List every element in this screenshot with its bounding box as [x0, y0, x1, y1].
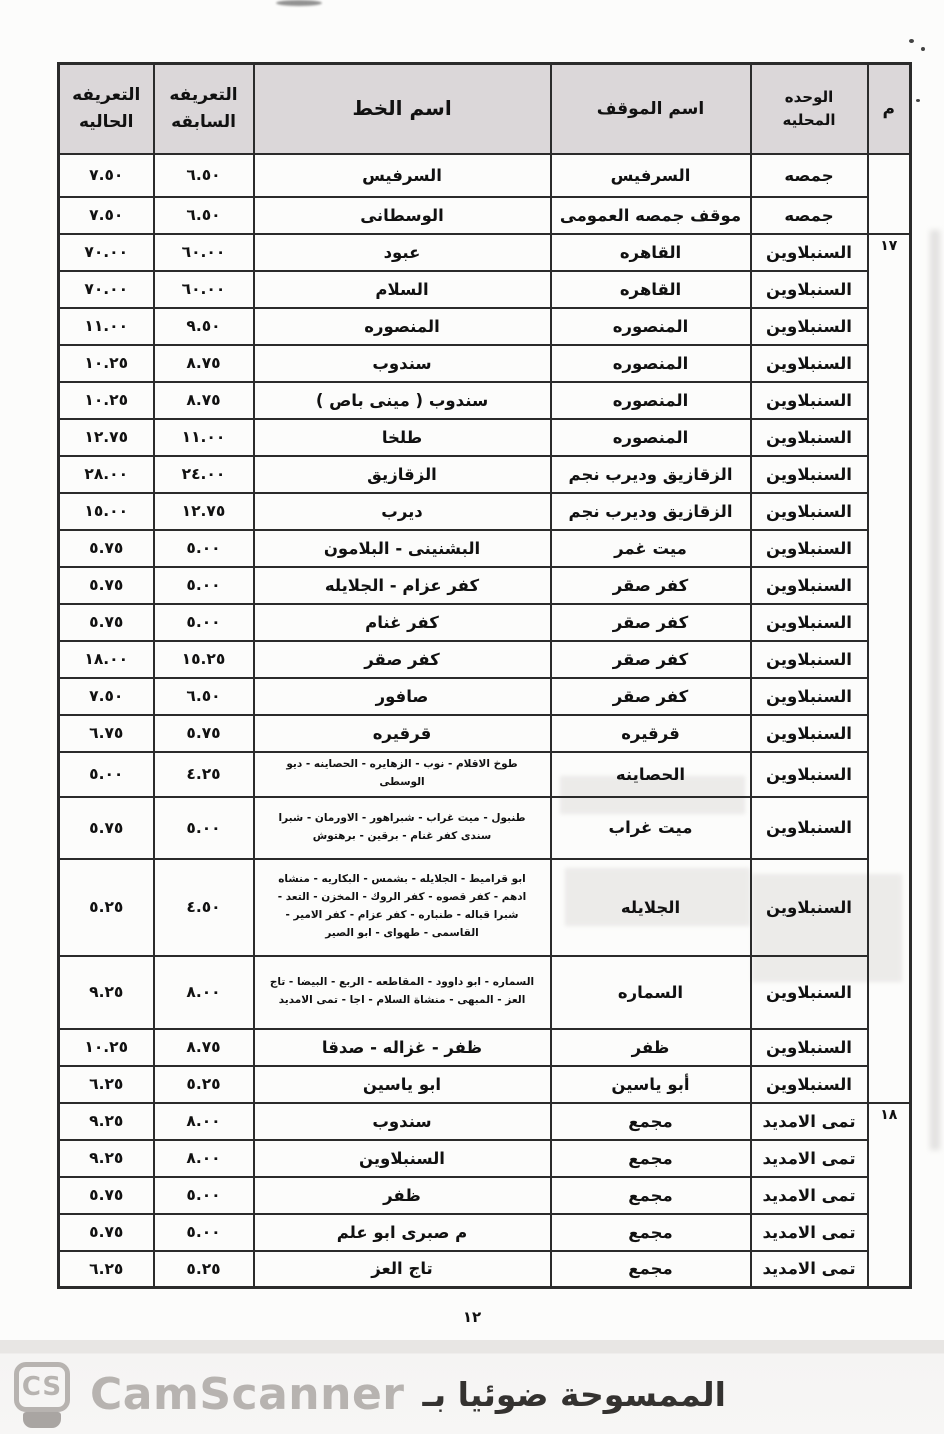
cell-current-tariff: ٧٠.٠٠ — [59, 271, 154, 308]
cell-line-name: ظفر - غزاله - صدقا — [254, 1029, 551, 1066]
cell-row-number — [868, 859, 911, 956]
cell-current-tariff: ٥.٧٥ — [59, 604, 154, 641]
cell-previous-tariff: ٦٠.٠٠ — [154, 271, 254, 308]
cell-stop-name: أبو ياسين — [551, 1066, 751, 1103]
cell-local-unit: السنبلاوين — [751, 956, 868, 1029]
cell-line-name: كفر صقر — [254, 641, 551, 678]
cell-local-unit: السنبلاوين — [751, 715, 868, 752]
cell-line-name: عبود — [254, 234, 551, 271]
cell-row-number: ١٨ — [868, 1103, 911, 1140]
cell-local-unit: تمى الامديد — [751, 1214, 868, 1251]
cell-previous-tariff: ٥.٠٠ — [154, 530, 254, 567]
cell-stop-name: ميت غراب — [551, 797, 751, 859]
cell-row-number — [868, 1214, 911, 1251]
cell-stop-name: المنصوره — [551, 419, 751, 456]
table-row: السنبلاوينالزقازيق وديرب نجمديرب١٢.٧٥١٥.… — [59, 493, 911, 530]
cell-row-number — [868, 419, 911, 456]
cell-stop-name: المنصوره — [551, 345, 751, 382]
cell-line-name: السماره - ابو داوود - المقاطعه - الربع -… — [254, 956, 551, 1029]
cell-current-tariff: ٥.٧٥ — [59, 530, 154, 567]
cell-stop-name: المنصوره — [551, 382, 751, 419]
cell-previous-tariff: ٤.٢٥ — [154, 752, 254, 797]
table-row: السنبلاوينكفر صقركفر غنام٥.٠٠٥.٧٥ — [59, 604, 911, 641]
cell-current-tariff: ٩.٢٥ — [59, 1103, 154, 1140]
table-row: ١٨تمى الامديدمجمعسندوب٨.٠٠٩.٢٥ — [59, 1103, 911, 1140]
table-row: السنبلاوينالجلايلهابو قراميط - الجلايله … — [59, 859, 911, 956]
cell-line-name: سندوب — [254, 1103, 551, 1140]
cell-current-tariff: ٧.٥٠ — [59, 678, 154, 715]
table-header-row: م الوحده المحليه اسم الموقف اسم الخط الت… — [59, 64, 911, 154]
cell-row-number — [868, 154, 911, 197]
table-row: السنبلاوينالسمارهالسماره - ابو داوود - ا… — [59, 956, 911, 1029]
table-row: السنبلاوينالزقازيق وديرب نجمالزقازيق٢٤.٠… — [59, 456, 911, 493]
cell-local-unit: تمى الامديد — [751, 1140, 868, 1177]
header-stop-name: اسم الموقف — [551, 64, 751, 154]
cell-stop-name: كفر صقر — [551, 604, 751, 641]
cell-current-tariff: ٥.٠٠ — [59, 752, 154, 797]
cell-previous-tariff: ٥.٠٠ — [154, 604, 254, 641]
table-row: ١٧السنبلاوينالقاهرهعبود٦٠.٠٠٧٠.٠٠ — [59, 234, 911, 271]
cell-local-unit: السنبلاوين — [751, 797, 868, 859]
cell-current-tariff: ٥.٧٥ — [59, 567, 154, 604]
cell-previous-tariff: ٦.٥٠ — [154, 678, 254, 715]
cell-row-number — [868, 271, 911, 308]
table-row: السنبلاوينكفر صقرصافور٦.٥٠٧.٥٠ — [59, 678, 911, 715]
cell-current-tariff: ٥.٧٥ — [59, 797, 154, 859]
cell-stop-name: موقف جمصه العمومى — [551, 197, 751, 234]
cell-current-tariff: ١٢.٧٥ — [59, 419, 154, 456]
cell-row-number — [868, 956, 911, 1029]
cell-local-unit: السنبلاوين — [751, 604, 868, 641]
cell-line-name: طوخ الاقلام - نوب - الزهايره - الحصاينه … — [254, 752, 551, 797]
cell-local-unit: السنبلاوين — [751, 1029, 868, 1066]
cell-line-name: الزقازيق — [254, 456, 551, 493]
cell-local-unit: السنبلاوين — [751, 678, 868, 715]
table-row: السنبلاوينميت غمرالبشنينى - البلامون٥.٠٠… — [59, 530, 911, 567]
cell-line-name: المنصوره — [254, 308, 551, 345]
cell-previous-tariff: ٦.٥٠ — [154, 154, 254, 197]
cell-row-number — [868, 308, 911, 345]
cell-stop-name: مجمع — [551, 1177, 751, 1214]
cell-current-tariff: ٦.٧٥ — [59, 715, 154, 752]
cell-line-name: الوسطانى — [254, 197, 551, 234]
cell-previous-tariff: ٦٠.٠٠ — [154, 234, 254, 271]
cell-local-unit: السنبلاوين — [751, 345, 868, 382]
cell-previous-tariff: ٥.٠٠ — [154, 1214, 254, 1251]
cell-row-number — [868, 1177, 911, 1214]
cell-current-tariff: ١٥.٠٠ — [59, 493, 154, 530]
cell-line-name: السنبلاوين — [254, 1140, 551, 1177]
cell-previous-tariff: ١١.٠٠ — [154, 419, 254, 456]
cell-local-unit: السنبلاوين — [751, 859, 868, 956]
cell-previous-tariff: ٦.٥٠ — [154, 197, 254, 234]
cell-local-unit: السنبلاوين — [751, 752, 868, 797]
cell-previous-tariff: ٨.٠٠ — [154, 956, 254, 1029]
header-current-tariff: التعريفه الحاليه — [59, 64, 154, 154]
cell-row-number — [868, 1066, 911, 1103]
cell-stop-name: الزقازيق وديرب نجم — [551, 493, 751, 530]
cell-previous-tariff: ١٢.٧٥ — [154, 493, 254, 530]
cell-previous-tariff: ٢٤.٠٠ — [154, 456, 254, 493]
cell-line-name: السرفيس — [254, 154, 551, 197]
cell-stop-name: كفر صقر — [551, 567, 751, 604]
cell-local-unit: السنبلاوين — [751, 641, 868, 678]
cell-previous-tariff: ٨.٧٥ — [154, 382, 254, 419]
table-row: السنبلاوينالمنصورهالمنصوره٩.٥٠١١.٠٠ — [59, 308, 911, 345]
cell-previous-tariff: ٥.٠٠ — [154, 1177, 254, 1214]
cell-row-number — [868, 678, 911, 715]
cell-current-tariff: ٥.٧٥ — [59, 1214, 154, 1251]
camscanner-logo-icon: CS — [14, 1362, 72, 1426]
header-line-name: اسم الخط — [254, 64, 551, 154]
cell-stop-name: الجلايله — [551, 859, 751, 956]
cell-stop-name: ميت غمر — [551, 530, 751, 567]
cell-local-unit: جمصه — [751, 197, 868, 234]
cell-local-unit: السنبلاوين — [751, 530, 868, 567]
cell-local-unit: تمى الامديد — [751, 1177, 868, 1214]
cell-local-unit: السنبلاوين — [751, 493, 868, 530]
cell-current-tariff: ٢٨.٠٠ — [59, 456, 154, 493]
camscanner-wordmark: CamScanner — [90, 1369, 404, 1420]
cell-local-unit: السنبلاوين — [751, 456, 868, 493]
cell-row-number — [868, 1140, 911, 1177]
cell-row-number — [868, 715, 911, 752]
cell-current-tariff: ٥.٢٥ — [59, 859, 154, 956]
cell-line-name: م صبرى ابو علم — [254, 1214, 551, 1251]
scan-smudge — [276, 0, 322, 6]
cell-previous-tariff: ٥.٠٠ — [154, 797, 254, 859]
table-row: السنبلاوينالحصاينهطوخ الاقلام - نوب - ال… — [59, 752, 911, 797]
camscanner-watermark-bar: CS CamScanner الممسوحة ضوئيا بـ — [0, 1340, 944, 1434]
table-row: السنبلاوينميت غرابطنبول - ميت غراب - شبر… — [59, 797, 911, 859]
cell-local-unit: السنبلاوين — [751, 567, 868, 604]
cell-row-number — [868, 641, 911, 678]
table-row: السنبلاوينظفرظفر - غزاله - صدقا٨.٧٥١٠.٢٥ — [59, 1029, 911, 1066]
cell-previous-tariff: ٩.٥٠ — [154, 308, 254, 345]
cell-previous-tariff: ٥.٢٥ — [154, 1066, 254, 1103]
table-row: السنبلاوينقرقيرهقرقيره٥.٧٥٦.٧٥ — [59, 715, 911, 752]
table-row: السنبلاوينأبو ياسينابو ياسين٥.٢٥٦.٢٥ — [59, 1066, 911, 1103]
cell-stop-name: مجمع — [551, 1103, 751, 1140]
cell-current-tariff: ١٨.٠٠ — [59, 641, 154, 678]
cell-previous-tariff: ٨.٧٥ — [154, 1029, 254, 1066]
cell-row-number — [868, 1251, 911, 1288]
cell-stop-name: الحصاينه — [551, 752, 751, 797]
cell-row-number — [868, 456, 911, 493]
table-row: السنبلاوينالمنصورهسندوب٨.٧٥١٠.٢٥ — [59, 345, 911, 382]
cell-line-name: البشنينى - البلامون — [254, 530, 551, 567]
table-row: السنبلاوينكفر صقركفر صقر١٥.٢٥١٨.٠٠ — [59, 641, 911, 678]
cell-row-number — [868, 530, 911, 567]
cell-line-name: ابو قراميط - الجلايله - بشمس - البكاريه … — [254, 859, 551, 956]
table-row: السنبلاوينكفر صقركفر عزام - الجلايله٥.٠٠… — [59, 567, 911, 604]
cell-local-unit: السنبلاوين — [751, 271, 868, 308]
table-row: السنبلاوينالقاهرهالسلام٦٠.٠٠٧٠.٠٠ — [59, 271, 911, 308]
cell-local-unit: تمى الامديد — [751, 1251, 868, 1288]
cell-line-name: ظفر — [254, 1177, 551, 1214]
cell-row-number — [868, 1029, 911, 1066]
cell-row-number — [868, 797, 911, 859]
table-row: تمى الامديدمجمعظفر٥.٠٠٥.٧٥ — [59, 1177, 911, 1214]
watermark-arabic-text: الممسوحة ضوئيا بـ — [422, 1375, 726, 1414]
camscanner-logo-text: CS — [14, 1362, 70, 1412]
cell-previous-tariff: ٥.٢٥ — [154, 1251, 254, 1288]
cell-current-tariff: ٩.٢٥ — [59, 1140, 154, 1177]
cell-row-number — [868, 382, 911, 419]
cell-previous-tariff: ٨.٧٥ — [154, 345, 254, 382]
cell-local-unit: جمصه — [751, 154, 868, 197]
cell-stop-name: كفر صقر — [551, 641, 751, 678]
cell-previous-tariff: ٥.٧٥ — [154, 715, 254, 752]
cell-previous-tariff: ٨.٠٠ — [154, 1103, 254, 1140]
cell-local-unit: السنبلاوين — [751, 234, 868, 271]
cell-line-name: السلام — [254, 271, 551, 308]
cell-line-name: سندوب — [254, 345, 551, 382]
table-row: تمى الامديدمجمعم صبرى ابو علم٥.٠٠٥.٧٥ — [59, 1214, 911, 1251]
cell-row-number — [868, 345, 911, 382]
cell-line-name: كفر غنام — [254, 604, 551, 641]
table-row: تمى الامديدمجمعالسنبلاوين٨.٠٠٩.٢٥ — [59, 1140, 911, 1177]
cell-current-tariff: ١٠.٢٥ — [59, 345, 154, 382]
cell-line-name: ديرب — [254, 493, 551, 530]
cell-stop-name: قرقيره — [551, 715, 751, 752]
cell-local-unit: السنبلاوين — [751, 382, 868, 419]
cell-line-name: صافور — [254, 678, 551, 715]
cell-stop-name: القاهره — [551, 234, 751, 271]
cell-local-unit: السنبلاوين — [751, 1066, 868, 1103]
tariff-table: م الوحده المحليه اسم الموقف اسم الخط الت… — [57, 62, 912, 1289]
cell-local-unit: السنبلاوين — [751, 419, 868, 456]
table-row: جمصهالسرفيسالسرفيس٦.٥٠٧.٥٠ — [59, 154, 911, 197]
table-row: جمصهموقف جمصه العمومىالوسطانى٦.٥٠٧.٥٠ — [59, 197, 911, 234]
cell-current-tariff: ٩.٢٥ — [59, 956, 154, 1029]
cell-stop-name: المنصوره — [551, 308, 751, 345]
cell-previous-tariff: ٤.٥٠ — [154, 859, 254, 956]
ink-mark — [916, 99, 920, 102]
cell-stop-name: كفر صقر — [551, 678, 751, 715]
cell-stop-name: القاهره — [551, 271, 751, 308]
cell-previous-tariff: ٨.٠٠ — [154, 1140, 254, 1177]
cell-local-unit: السنبلاوين — [751, 308, 868, 345]
cell-current-tariff: ٧.٥٠ — [59, 197, 154, 234]
cell-stop-name: مجمع — [551, 1251, 751, 1288]
cell-line-name: طلخا — [254, 419, 551, 456]
cell-row-number — [868, 604, 911, 641]
cell-row-number — [868, 493, 911, 530]
cell-line-name: سندوب ( مينى باص ) — [254, 382, 551, 419]
cell-stop-name: مجمع — [551, 1214, 751, 1251]
table-row: السنبلاوينالمنصورهسندوب ( مينى باص )٨.٧٥… — [59, 382, 911, 419]
ink-mark — [921, 47, 925, 51]
cell-line-name: قرقيره — [254, 715, 551, 752]
cell-stop-name: ظفر — [551, 1029, 751, 1066]
cell-line-name: ابو ياسين — [254, 1066, 551, 1103]
table-row: السنبلاوينالمنصورهطلخا١١.٠٠١٢.٧٥ — [59, 419, 911, 456]
cell-stop-name: السماره — [551, 956, 751, 1029]
cell-current-tariff: ٧٠.٠٠ — [59, 234, 154, 271]
cell-current-tariff: ٦.٢٥ — [59, 1251, 154, 1288]
ink-mark — [909, 39, 914, 43]
cell-stop-name: الزقازيق وديرب نجم — [551, 456, 751, 493]
cell-previous-tariff: ١٥.٢٥ — [154, 641, 254, 678]
cell-line-name: تاج العز — [254, 1251, 551, 1288]
cell-current-tariff: ١١.٠٠ — [59, 308, 154, 345]
cell-line-name: طنبول - ميت غراب - شبراهور - الاورمان - … — [254, 797, 551, 859]
scanned-document-page: { "document": { "page_number": "١٢", "ta… — [0, 0, 944, 1434]
cell-current-tariff: ٦.٢٥ — [59, 1066, 154, 1103]
cell-current-tariff: ٥.٧٥ — [59, 1177, 154, 1214]
header-previous-tariff: التعريفه السابقه — [154, 64, 254, 154]
cell-previous-tariff: ٥.٠٠ — [154, 567, 254, 604]
cell-current-tariff: ٧.٥٠ — [59, 154, 154, 197]
cell-current-tariff: ١٠.٢٥ — [59, 382, 154, 419]
header-number: م — [868, 64, 911, 154]
cell-row-number — [868, 567, 911, 604]
cell-row-number — [868, 752, 911, 797]
cell-stop-name: السرفيس — [551, 154, 751, 197]
scan-edge-shadow — [930, 230, 940, 1150]
cell-stop-name: مجمع — [551, 1140, 751, 1177]
cell-row-number: ١٧ — [868, 234, 911, 271]
cell-current-tariff: ١٠.٢٥ — [59, 1029, 154, 1066]
header-local-unit: الوحده المحليه — [751, 64, 868, 154]
camscanner-logo-tab — [23, 1412, 61, 1428]
cell-line-name: كفر عزام - الجلايله — [254, 567, 551, 604]
cell-row-number — [868, 197, 911, 234]
page-number: ١٢ — [0, 1308, 944, 1326]
table-row: تمى الامديدمجمعتاج العز٥.٢٥٦.٢٥ — [59, 1251, 911, 1288]
cell-local-unit: تمى الامديد — [751, 1103, 868, 1140]
